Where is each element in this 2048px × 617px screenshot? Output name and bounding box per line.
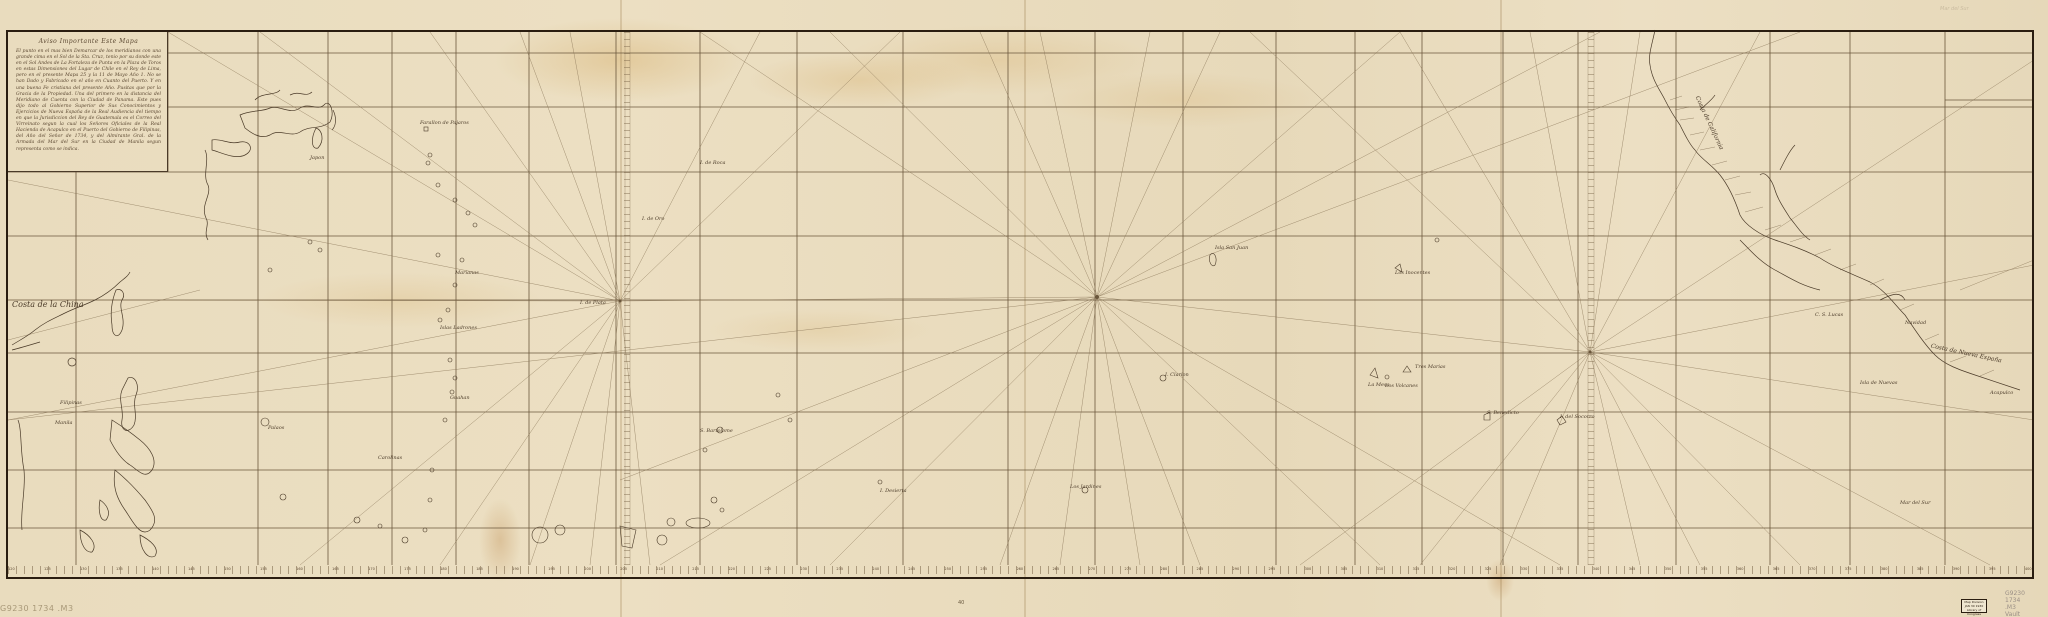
map-frame bbox=[6, 30, 2034, 579]
label-acapulco: Acapulco bbox=[1990, 390, 2013, 396]
label-isla-de-roca: I. de Roca bbox=[700, 160, 725, 166]
label-mar-del-sur: Mar del Sur bbox=[1900, 500, 1930, 506]
label-ladrones: Islas Ladrones bbox=[440, 325, 477, 331]
label-isla-de-nuevas: Isla de Nuevas bbox=[1860, 380, 1897, 386]
label-isla-de-plata: I. de Plata bbox=[580, 300, 606, 306]
label-los-volcanes: Los Volcanes bbox=[1385, 383, 1418, 389]
label-isla-san-juan: Isla San Juan bbox=[1215, 245, 1248, 251]
label-manila: Manila bbox=[55, 420, 73, 426]
label-clarion: I. Clarion bbox=[1165, 372, 1189, 378]
label-philippines: Filipinas bbox=[60, 400, 82, 406]
label-marianas: Marianas bbox=[455, 270, 479, 276]
label-los-inocentes: Los Inocentes bbox=[1395, 270, 1430, 276]
notice-title: Aviso Importante Este Mapa bbox=[16, 38, 161, 45]
label-tres-marias: Tres Marias bbox=[1415, 364, 1445, 370]
catalog-number: G9230 1734 .M3 bbox=[0, 604, 74, 613]
notice-cartouche: Aviso Importante Este Mapa El punto en e… bbox=[8, 32, 168, 172]
label-farallon: Farallon de Pajaros bbox=[420, 120, 469, 126]
label-japan: Japon bbox=[310, 155, 324, 161]
label-desierta: I. Desierta bbox=[880, 488, 907, 494]
call-number: G9230 1734 .M3 Vault bbox=[2005, 590, 2025, 617]
latitude-scale-west bbox=[624, 32, 630, 565]
label-cabo-san-lucas: C. S. Lucas bbox=[1815, 312, 1843, 318]
label-los-jardines: Los Jardines bbox=[1070, 484, 1101, 490]
label-isla-de-oro: I. de Oro bbox=[642, 216, 664, 222]
label-carolinas: Carolinas bbox=[378, 455, 402, 461]
latitude-scale-east bbox=[1588, 32, 1594, 565]
sheet-center-mark: 40 bbox=[958, 600, 964, 606]
label-navidad: Navidad bbox=[1905, 320, 1926, 326]
label-san-bartolome: S. Bartolome bbox=[700, 428, 733, 434]
label-china-coast: Costa de la China bbox=[12, 300, 84, 309]
notice-text: El punto en el mas bien Demarcar de los … bbox=[16, 49, 161, 153]
library-stamp: Map Division JAN 30 1930 Library of Cong… bbox=[1961, 599, 1987, 613]
longitude-scale-numbers: 1201251301351401451501551601651701751801… bbox=[8, 567, 2032, 573]
label-guahan: Guahan bbox=[450, 395, 470, 401]
label-palaos: Palaos bbox=[268, 425, 284, 431]
label-s-benedicto: S. Benedicto bbox=[1487, 410, 1519, 416]
